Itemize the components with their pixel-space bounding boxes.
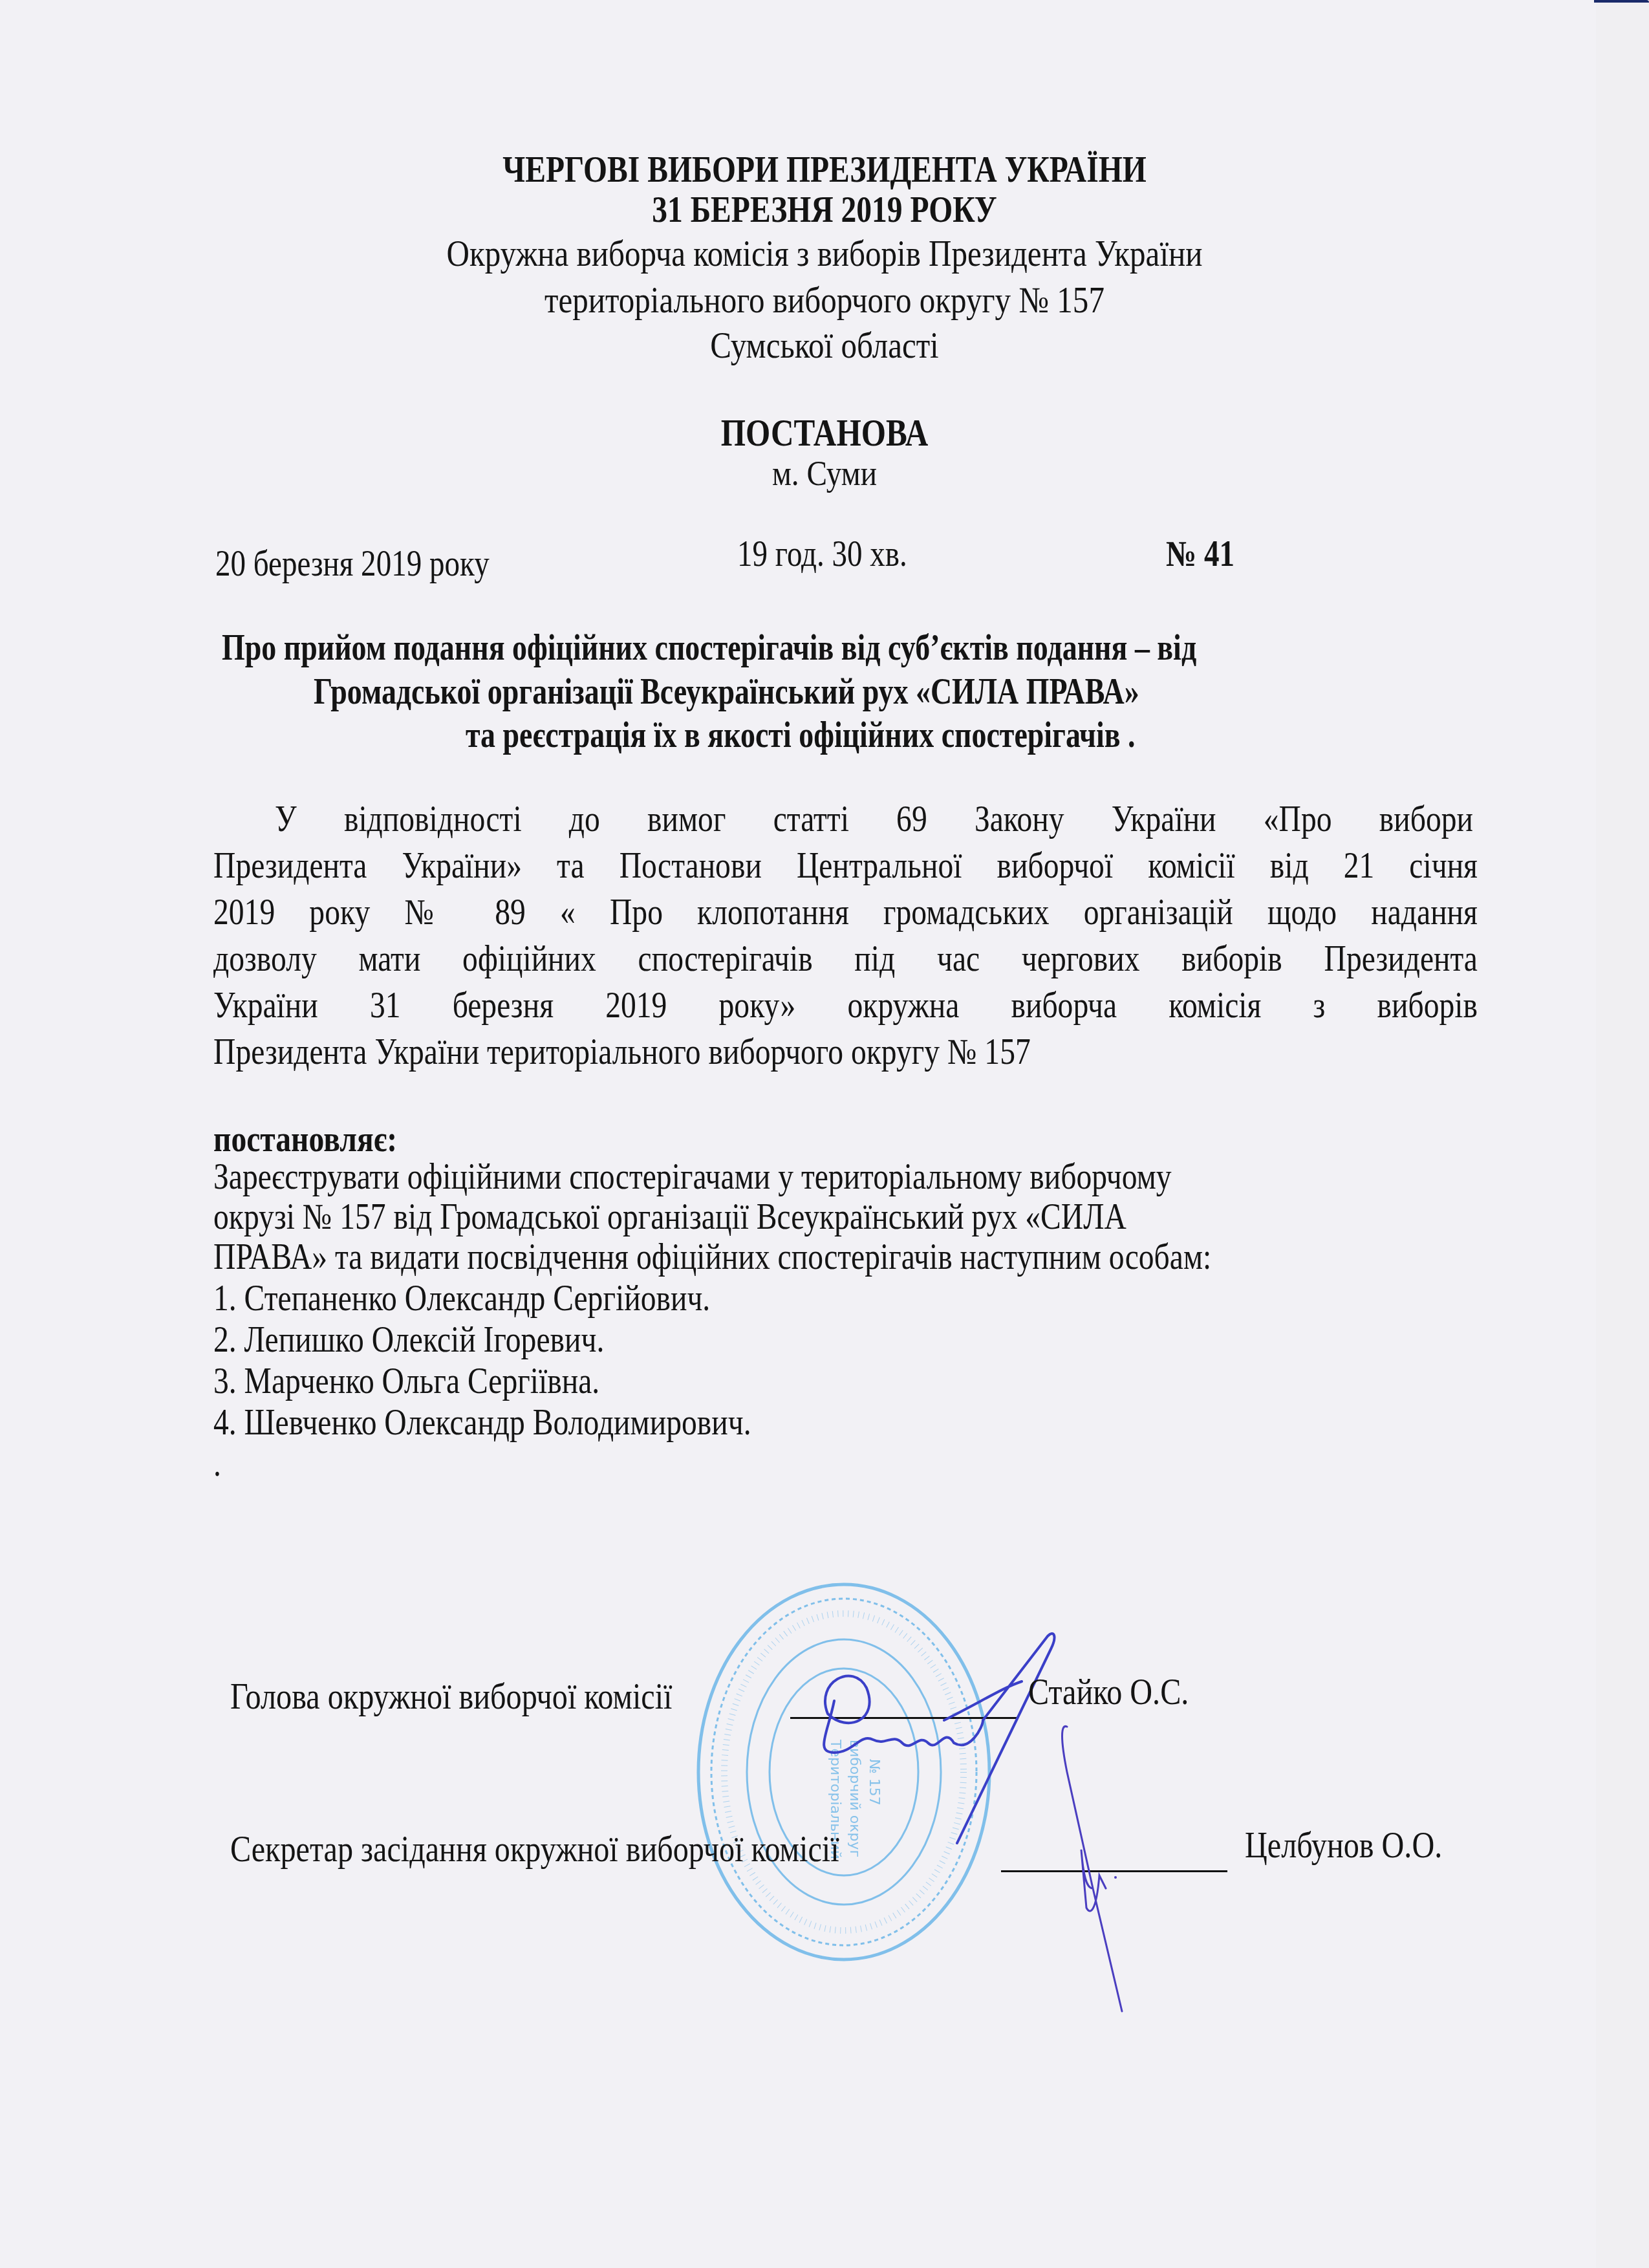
- preamble-line-1: У відповідності до вимог статті 69 Закон…: [275, 799, 1473, 840]
- resolution-line-3: ПРАВА» та видати посвідчення офіційних с…: [213, 1237, 1211, 1278]
- commission-name: Окружна виборча комісія з виборів Презид…: [116, 233, 1534, 275]
- subject-line-1: Про прийом подання офіційних спостерігач…: [222, 627, 1196, 669]
- document-type: ПОСТАНОВА: [149, 411, 1501, 455]
- preamble-line-4: дозволу мати офіційних спостерігачів під…: [213, 938, 1478, 980]
- document-number: № 41: [1166, 534, 1234, 575]
- document-city: м. Суми: [116, 453, 1534, 493]
- chair-signature: [789, 1623, 1061, 1856]
- observer-item: 4. Шевченко Олександр Володимирович.: [213, 1402, 751, 1443]
- district-name: територіального виборчого округу № 157: [116, 279, 1534, 321]
- observer-item: 1. Степаненко Олександр Сергійович.: [213, 1278, 710, 1319]
- subject-line-2: Громадської організації Всеукраїнський р…: [314, 671, 1139, 713]
- secretary-signature: [1048, 1720, 1164, 2018]
- preamble-line-2: Президента України» та Постанови Централ…: [213, 845, 1478, 887]
- chair-title: Голова окружної виборчої комісії: [230, 1676, 672, 1718]
- observer-item: 2. Лепишко Олексій Ігоревич.: [213, 1319, 604, 1361]
- election-date: 31 БЕРЕЗНЯ 2019 РОКУ: [149, 188, 1501, 231]
- document-date: 20 березня 2019 року: [215, 543, 490, 585]
- scan-corner-mark: [1594, 0, 1649, 3]
- observer-item: 3. Марченко Ольга Сергіївна.: [213, 1361, 599, 1402]
- secretary-title: Секретар засідання окружної виборчої ком…: [230, 1829, 839, 1870]
- resolution-line-2: окрузі № 157 від Громадської організації…: [213, 1196, 1126, 1238]
- scan-page-edge: [1596, 0, 1649, 2268]
- subject-line-3: та реєстрація їх в якості офіційних спос…: [466, 715, 1135, 756]
- trailing-mark: .: [213, 1443, 221, 1485]
- preamble-line-6: Президента України територіального вибор…: [213, 1031, 1031, 1073]
- resolution-line-1: Зареєструвати офіційними спостерігачами …: [213, 1156, 1172, 1198]
- region-name: Сумської області: [116, 325, 1534, 367]
- preamble-line-5: України 31 березня 2019 року» окружна ви…: [213, 985, 1478, 1026]
- secretary-name: Целбунов О.О.: [1245, 1825, 1442, 1866]
- resolution-heading: постановляє:: [213, 1119, 397, 1160]
- preamble-line-3: 2019 року № 89 « Про клопотання громадсь…: [213, 892, 1478, 933]
- document-time: 19 год. 30 хв.: [737, 534, 907, 575]
- chair-name: Стайко О.С.: [1028, 1672, 1189, 1713]
- election-title: ЧЕРГОВІ ВИБОРИ ПРЕЗИДЕНТА УКРАЇНИ: [149, 147, 1501, 191]
